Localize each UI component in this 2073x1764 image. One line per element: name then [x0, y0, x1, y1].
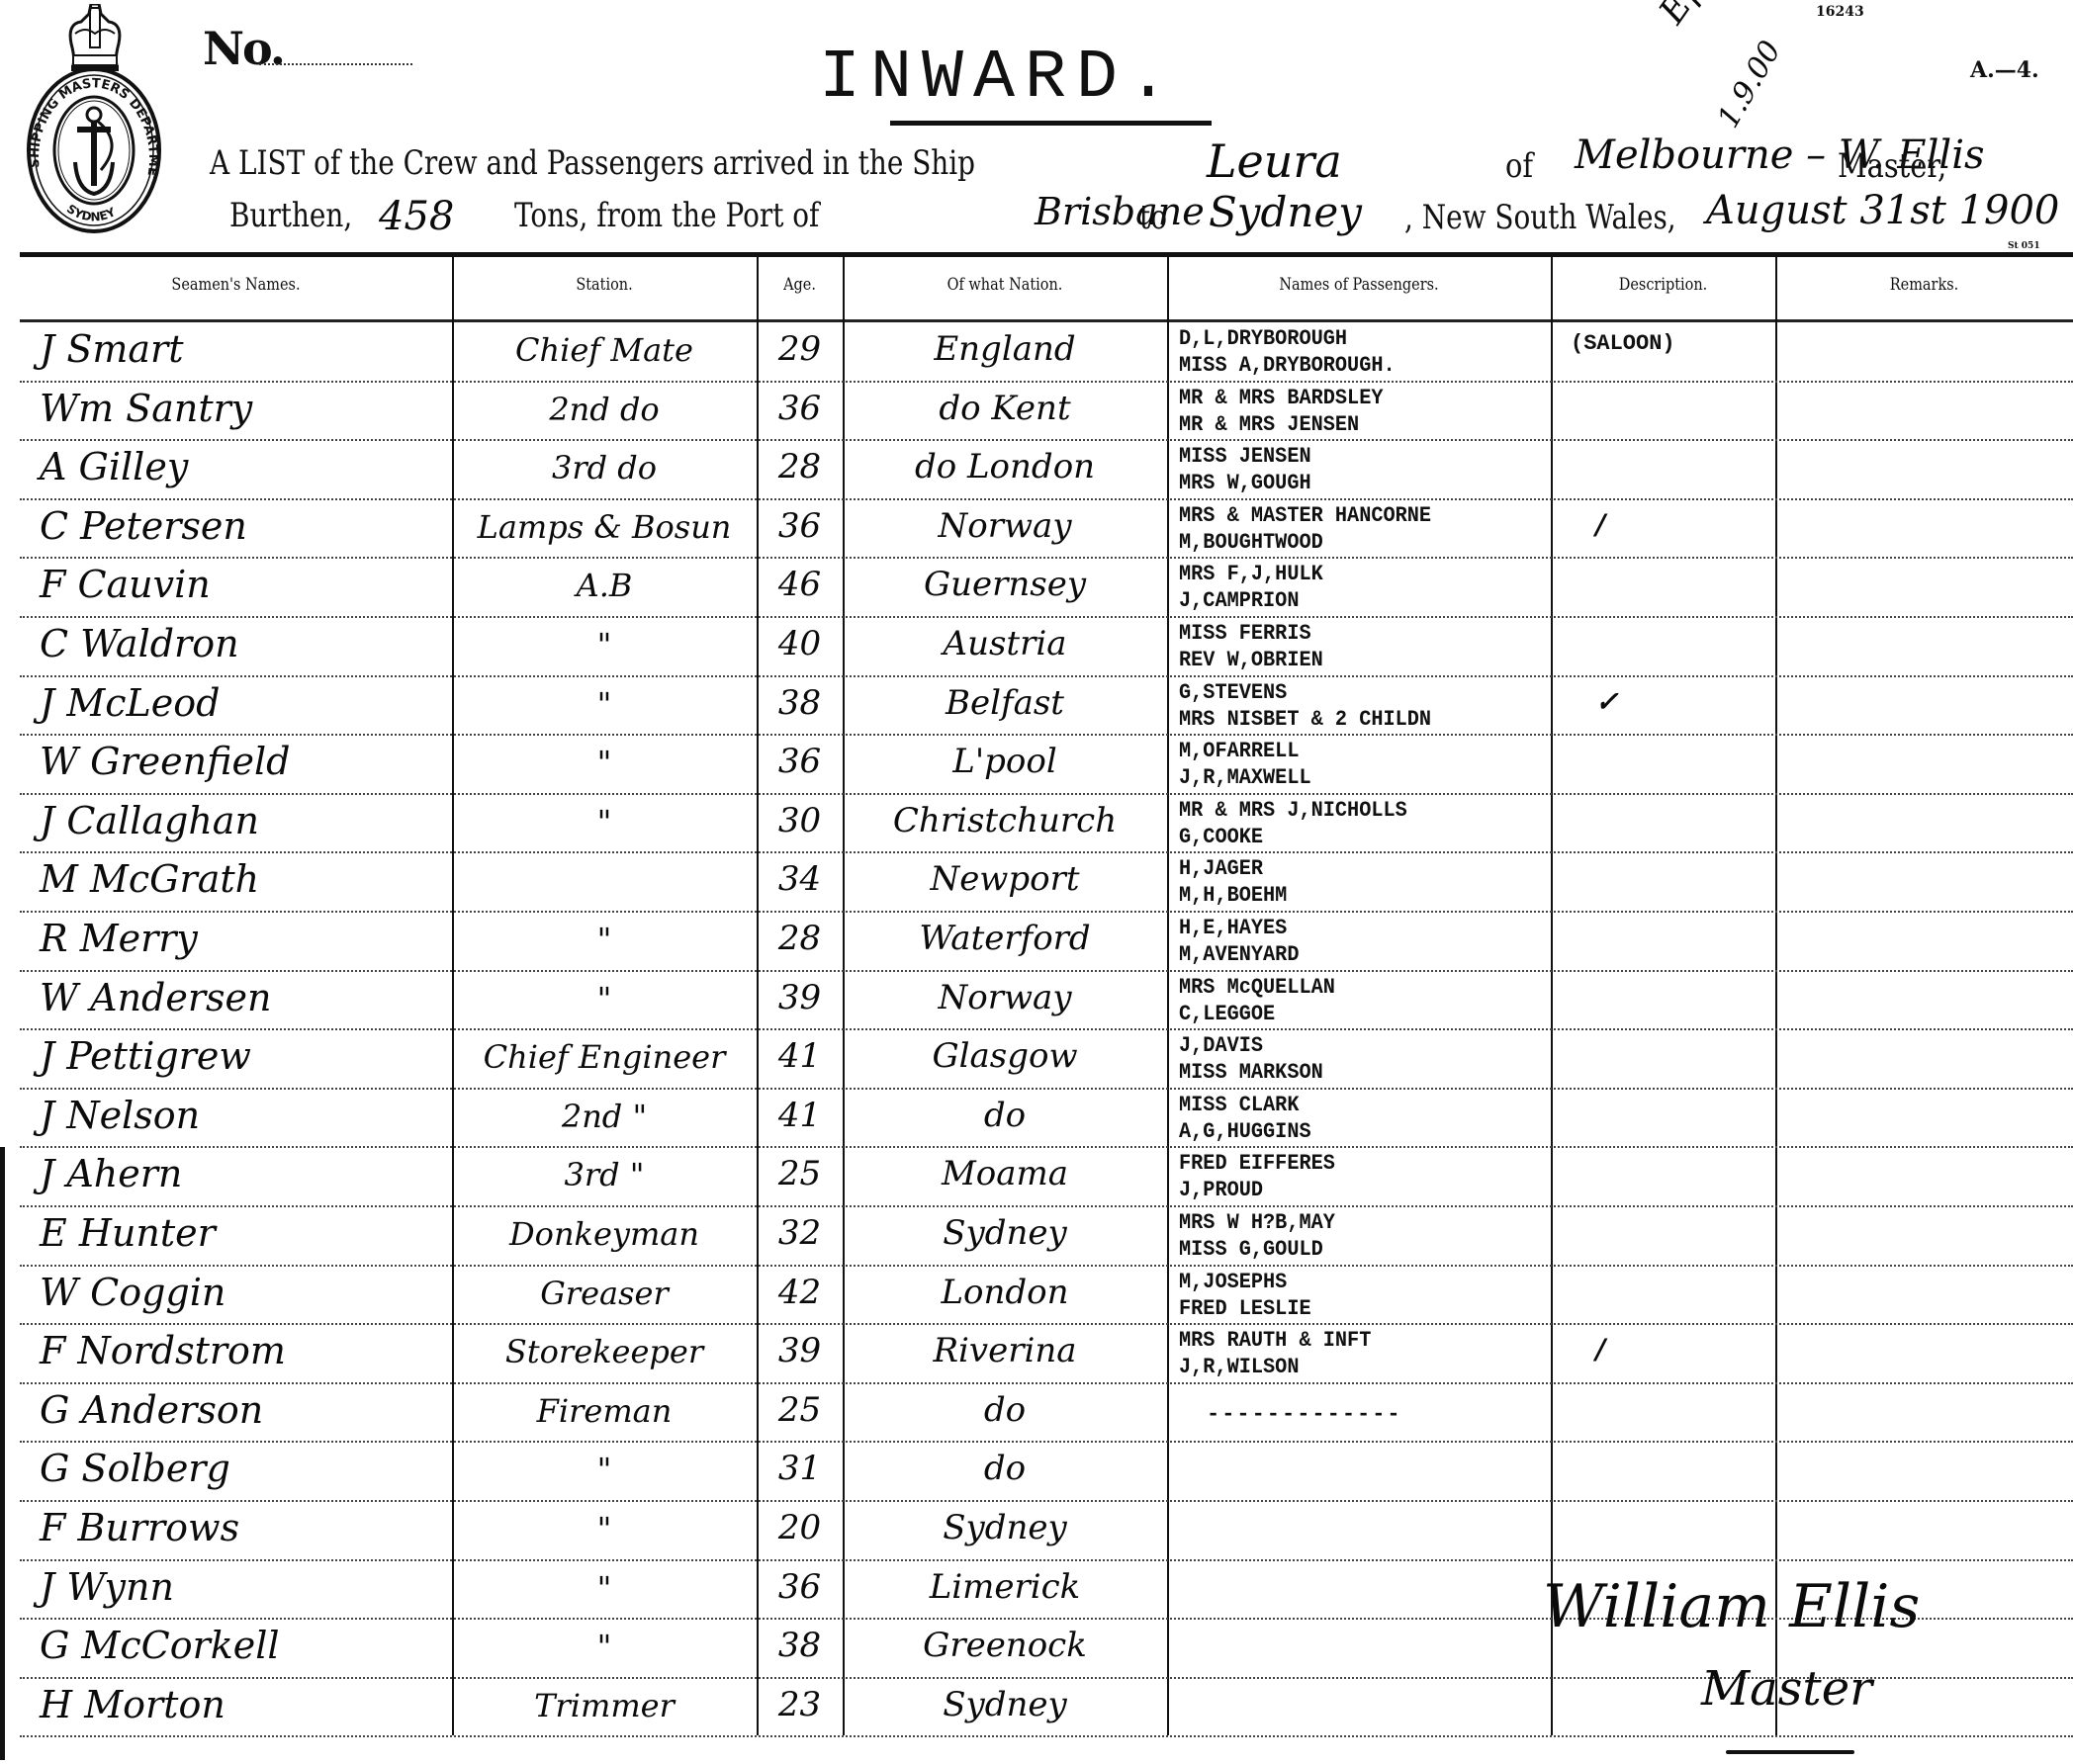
passenger-name: J,CAMPRION	[1179, 587, 1323, 614]
form-number-field	[259, 63, 412, 65]
seaman-nation: Christchurch	[843, 801, 1167, 840]
inward-crew-passenger-list: SHIPPING MASTERS DEPARTMENT SYDNEY No. I…	[0, 0, 2073, 1764]
row-divider	[20, 1205, 2073, 1207]
row-divider	[20, 970, 2073, 972]
passenger-name: FRED EIFFERES	[1179, 1150, 1335, 1177]
row-divider	[20, 1323, 2073, 1325]
row-divider	[20, 381, 2073, 383]
seaman-name: A Gilley	[40, 445, 188, 488]
passenger-name: M,AVENYARD	[1179, 941, 1299, 968]
to-label: to	[1139, 198, 1167, 237]
seaman-name: J Smart	[40, 327, 183, 371]
seaman-station: "	[452, 1510, 757, 1547]
form-code: A.—4.	[1970, 57, 2039, 83]
passenger-name: MRS W H?B,MAY	[1179, 1209, 1335, 1236]
print-code: St 051	[2008, 241, 2040, 251]
seaman-nation: Greenock	[843, 1626, 1167, 1665]
seaman-age: 29	[757, 329, 843, 369]
passenger-name: J,R,MAXWELL	[1179, 764, 1311, 791]
passenger-name: MRS McQUELLAN	[1179, 974, 1335, 1001]
seaman-name: H Morton	[40, 1683, 225, 1726]
seaman-age: 36	[757, 742, 843, 781]
passenger-name: M,H,BOEHM	[1179, 882, 1287, 909]
seaman-station: 3rd do	[452, 449, 757, 486]
passenger-name: G,STEVENS	[1179, 679, 1431, 706]
seaman-station: "	[452, 626, 757, 663]
passenger-name: G,COOKE	[1179, 824, 1407, 850]
seaman-age: 36	[757, 389, 843, 428]
passenger-name: MISS JENSEN	[1179, 443, 1311, 470]
seaman-name: J Ahern	[40, 1152, 182, 1195]
passenger-name: C,LEGGOE	[1179, 1001, 1335, 1027]
burthen-label: Burthen,	[229, 196, 352, 235]
seaman-station: "	[452, 1628, 757, 1665]
row-divider	[20, 616, 2073, 618]
row-divider	[20, 1146, 2073, 1148]
seaman-name: J Pettigrew	[40, 1034, 251, 1078]
seaman-age: 36	[757, 506, 843, 546]
seaman-age: 28	[757, 447, 843, 486]
seaman-age: 39	[757, 1331, 843, 1370]
passenger-name: M,JOSEPHS	[1179, 1269, 1311, 1295]
passenger-name: MR & MRS BARDSLEY	[1179, 385, 1383, 411]
passenger-entry: D,L,DRYBOROUGHMISS A,DRYBOROUGH.	[1179, 325, 1396, 379]
seaman-nation: England	[843, 329, 1167, 369]
passenger-description: ✓	[1595, 685, 1618, 718]
seaman-name: F Burrows	[40, 1506, 239, 1549]
passenger-name: J,DAVIS	[1179, 1032, 1323, 1059]
row-divider	[20, 675, 2073, 677]
from-port: Brisbane	[1035, 190, 1205, 233]
seaman-station: A.B	[452, 567, 757, 604]
column-header: Remarks.	[1798, 275, 2051, 295]
tons-label: Tons, from the Port of	[514, 196, 819, 235]
passenger-name: FRED LESLIE	[1179, 1295, 1311, 1322]
seaman-name: W Coggin	[40, 1271, 225, 1314]
column-header: Station.	[475, 275, 734, 295]
seaman-age: 32	[757, 1213, 843, 1253]
seaman-station: "	[452, 803, 757, 840]
passenger-name: REV W,OBRIEN	[1179, 647, 1323, 673]
seaman-nation: Waterford	[843, 919, 1167, 958]
seaman-station: Trimmer	[452, 1687, 757, 1724]
passenger-name: MISS MARKSON	[1179, 1059, 1323, 1086]
seaman-name: F Nordstrom	[40, 1329, 286, 1372]
passenger-name: MISS G,GOULD	[1179, 1236, 1335, 1263]
passenger-entry: J,DAVISMISS MARKSON	[1179, 1032, 1323, 1086]
seaman-nation: do London	[843, 447, 1167, 486]
seaman-name: Wm Santry	[40, 387, 252, 430]
seaman-nation: Norway	[843, 506, 1167, 546]
seaman-nation: Sydney	[843, 1508, 1167, 1547]
tons-value: 458	[379, 194, 454, 239]
seaman-station: 2nd "	[452, 1098, 757, 1135]
arrival-date: August 31st 1900	[1706, 188, 2059, 233]
seaman-nation: Limerick	[843, 1567, 1167, 1607]
seaman-name: F Cauvin	[40, 563, 211, 606]
passenger-name: J,PROUD	[1179, 1177, 1335, 1203]
seaman-station: Chief Engineer	[452, 1038, 757, 1076]
of-label: of	[1505, 146, 1533, 186]
column-divider	[1775, 257, 1777, 1735]
row-divider	[20, 439, 2073, 441]
seaman-name: W Andersen	[40, 976, 272, 1019]
shipping-masters-crest-icon: SHIPPING MASTERS DEPARTMENT SYDNEY	[20, 4, 168, 233]
seaman-station: 3rd "	[452, 1156, 757, 1193]
passenger-name: H,JAGER	[1179, 855, 1287, 882]
seaman-name: J McLeod	[40, 681, 220, 725]
passenger-entry: MISS CLARKA,G,HUGGINS	[1179, 1092, 1311, 1145]
ship-name: Leura	[1207, 134, 1342, 188]
region-label: , New South Wales,	[1404, 198, 1676, 237]
passenger-list-end-mark: -------------	[1207, 1402, 1402, 1427]
row-divider	[20, 1265, 2073, 1267]
signature-flourish	[1726, 1750, 1854, 1754]
seaman-nation: Sydney	[843, 1213, 1167, 1253]
passenger-entry: MISS JENSENMRS W,GOUGH	[1179, 443, 1311, 496]
seaman-nation: Moama	[843, 1154, 1167, 1193]
passenger-name: J,R,WILSON	[1179, 1354, 1371, 1380]
seaman-name: G Solberg	[40, 1447, 230, 1490]
row-divider	[20, 911, 2073, 913]
row-divider	[20, 1559, 2073, 1561]
passenger-entry: H,E,HAYESM,AVENYARD	[1179, 915, 1299, 968]
passenger-entry: MRS & MASTER HANCORNEM,BOUGHTWOOD	[1179, 502, 1431, 556]
seaman-station: "	[452, 685, 757, 723]
title-underline	[890, 121, 1212, 126]
seaman-age: 30	[757, 801, 843, 840]
row-divider	[20, 1500, 2073, 1502]
passenger-name: MR & MRS J,NICHOLLS	[1179, 797, 1407, 824]
seaman-name: E Hunter	[40, 1211, 216, 1255]
seaman-name: J Nelson	[40, 1094, 200, 1137]
page-title: INWARD.	[819, 40, 1179, 118]
passenger-name: M,BOUGHTWOOD	[1179, 529, 1431, 556]
column-divider	[1167, 257, 1169, 1735]
passenger-entry: M,JOSEPHSFRED LESLIE	[1179, 1269, 1311, 1322]
seaman-age: 25	[757, 1390, 843, 1430]
seaman-age: 42	[757, 1273, 843, 1312]
master-label: Master,	[1838, 146, 1946, 186]
seaman-name: J Wynn	[40, 1565, 174, 1609]
form-id: 16243	[1816, 4, 1864, 20]
row-divider	[20, 1735, 2073, 1737]
crew-passenger-table: Seamen's Names.Station.Age.Of what Natio…	[20, 257, 2073, 1740]
row-divider	[20, 557, 2073, 559]
header-line-1: A LIST of the Crew and Passengers arrive…	[210, 143, 975, 183]
seaman-age: 39	[757, 978, 843, 1017]
seaman-station: Chief Mate	[452, 331, 757, 369]
passenger-entry: MISS FERRISREV W,OBRIEN	[1179, 620, 1323, 673]
passenger-name: MRS NISBET & 2 CHILDN	[1179, 706, 1431, 733]
seaman-station: "	[452, 744, 757, 781]
row-divider	[20, 1028, 2073, 1030]
passenger-name: MRS F,J,HULK	[1179, 561, 1323, 587]
passenger-name: H,E,HAYES	[1179, 915, 1299, 941]
seaman-nation: Guernsey	[843, 565, 1167, 604]
seaman-age: 23	[757, 1685, 843, 1724]
seaman-nation: Austria	[843, 624, 1167, 663]
passenger-entry: MR & MRS J,NICHOLLSG,COOKE	[1179, 797, 1407, 850]
seaman-age: 38	[757, 1626, 843, 1665]
seaman-nation: do	[843, 1096, 1167, 1135]
seaman-nation: London	[843, 1273, 1167, 1312]
seaman-station: Storekeeper	[452, 1333, 757, 1370]
row-divider	[20, 1088, 2073, 1090]
passenger-entry: MRS McQUELLANC,LEGGOE	[1179, 974, 1335, 1027]
seaman-station: Lamps & Bosun	[452, 508, 757, 546]
seaman-station: "	[452, 980, 757, 1017]
passenger-entry: MR & MRS BARDSLEYMR & MRS JENSEN	[1179, 385, 1383, 438]
passenger-name: MRS RAUTH & INFT	[1179, 1327, 1371, 1354]
seaman-name: G Anderson	[40, 1388, 263, 1432]
seaman-name: G McCorkell	[40, 1624, 280, 1667]
passenger-entry: FRED EIFFERESJ,PROUD	[1179, 1150, 1335, 1203]
passenger-name: A,G,HUGGINS	[1179, 1118, 1311, 1145]
seaman-nation: Norway	[843, 978, 1167, 1017]
seaman-nation: do Kent	[843, 389, 1167, 428]
master-signature-role: Master	[1701, 1661, 1872, 1717]
seaman-age: 31	[757, 1449, 843, 1488]
seaman-age: 41	[757, 1036, 843, 1076]
passenger-name: MISS CLARK	[1179, 1092, 1311, 1118]
row-divider	[20, 1382, 2073, 1384]
row-divider	[20, 498, 2073, 500]
seaman-age: 25	[757, 1154, 843, 1193]
seaman-age: 34	[757, 859, 843, 899]
passenger-name: MISS FERRIS	[1179, 620, 1323, 647]
column-header: Description.	[1568, 275, 1758, 295]
seaman-nation: Glasgow	[843, 1036, 1167, 1076]
seaman-station: Greaser	[452, 1275, 757, 1312]
seaman-name: J Callaghan	[40, 799, 259, 842]
passenger-name: MRS & MASTER HANCORNE	[1179, 502, 1431, 529]
passenger-entry: MRS RAUTH & INFTJ,R,WILSON	[1179, 1327, 1371, 1380]
seaman-nation: do	[843, 1449, 1167, 1488]
seaman-age: 38	[757, 683, 843, 723]
row-divider	[20, 793, 2073, 795]
annotation-initials: Eph	[1652, 0, 1726, 32]
seaman-nation: do	[843, 1390, 1167, 1430]
passenger-name: MR & MRS JENSEN	[1179, 411, 1383, 438]
seaman-age: 28	[757, 919, 843, 958]
seaman-age: 41	[757, 1096, 843, 1135]
seaman-station: "	[452, 921, 757, 958]
seaman-nation: Sydney	[843, 1685, 1167, 1724]
seaman-name: C Waldron	[40, 622, 239, 665]
seaman-nation: Newport	[843, 859, 1167, 899]
seaman-name: M McGrath	[40, 857, 259, 901]
passenger-entry: G,STEVENSMRS NISBET & 2 CHILDN	[1179, 679, 1431, 733]
seaman-nation: Belfast	[843, 683, 1167, 723]
row-divider	[20, 734, 2073, 736]
to-port: Sydney	[1209, 188, 1362, 236]
seaman-station: Donkeyman	[452, 1215, 757, 1253]
column-header: Age.	[764, 275, 837, 295]
passenger-entry: M,OFARRELLJ,R,MAXWELL	[1179, 738, 1311, 791]
seaman-station: "	[452, 1451, 757, 1488]
seaman-age: 46	[757, 565, 843, 604]
seaman-nation: L'pool	[843, 742, 1167, 781]
seaman-age: 40	[757, 624, 843, 663]
passenger-entry: MRS F,J,HULKJ,CAMPRION	[1179, 561, 1323, 614]
form-number-label: No.	[203, 22, 284, 75]
seaman-station: Fireman	[452, 1392, 757, 1430]
master-signature: William Ellis	[1543, 1572, 1920, 1641]
scan-margin-edge	[0, 1147, 5, 1760]
seaman-age: 20	[757, 1508, 843, 1547]
annotation-date: 1.9.00	[1711, 35, 1788, 133]
passenger-description: (SALOON)	[1571, 331, 1675, 356]
passenger-entry: MRS W H?B,MAYMISS G,GOULD	[1179, 1209, 1335, 1263]
seaman-station: 2nd do	[452, 391, 757, 428]
column-divider	[1551, 257, 1553, 1735]
passenger-name: MISS A,DRYBOROUGH.	[1179, 352, 1396, 379]
passenger-name: D,L,DRYBOROUGH	[1179, 325, 1396, 352]
seaman-name: R Merry	[40, 917, 198, 960]
seaman-nation: Riverina	[843, 1331, 1167, 1370]
table-header-rule	[20, 319, 2073, 322]
seaman-name: C Petersen	[40, 504, 247, 548]
passenger-name: MRS W,GOUGH	[1179, 470, 1311, 496]
row-divider	[20, 1441, 2073, 1443]
passenger-entry: H,JAGERM,H,BOEHM	[1179, 855, 1287, 909]
seaman-name: W Greenfield	[40, 740, 290, 783]
column-header: Names of Passengers.	[1196, 275, 1522, 295]
passenger-description: /	[1595, 508, 1605, 541]
row-divider	[20, 851, 2073, 853]
seaman-station: "	[452, 1569, 757, 1607]
column-header: Of what Nation.	[867, 275, 1143, 295]
passenger-name: M,OFARRELL	[1179, 738, 1311, 764]
column-header: Seamen's Names.	[52, 275, 419, 295]
seaman-age: 36	[757, 1567, 843, 1607]
passenger-description: /	[1595, 1333, 1605, 1366]
